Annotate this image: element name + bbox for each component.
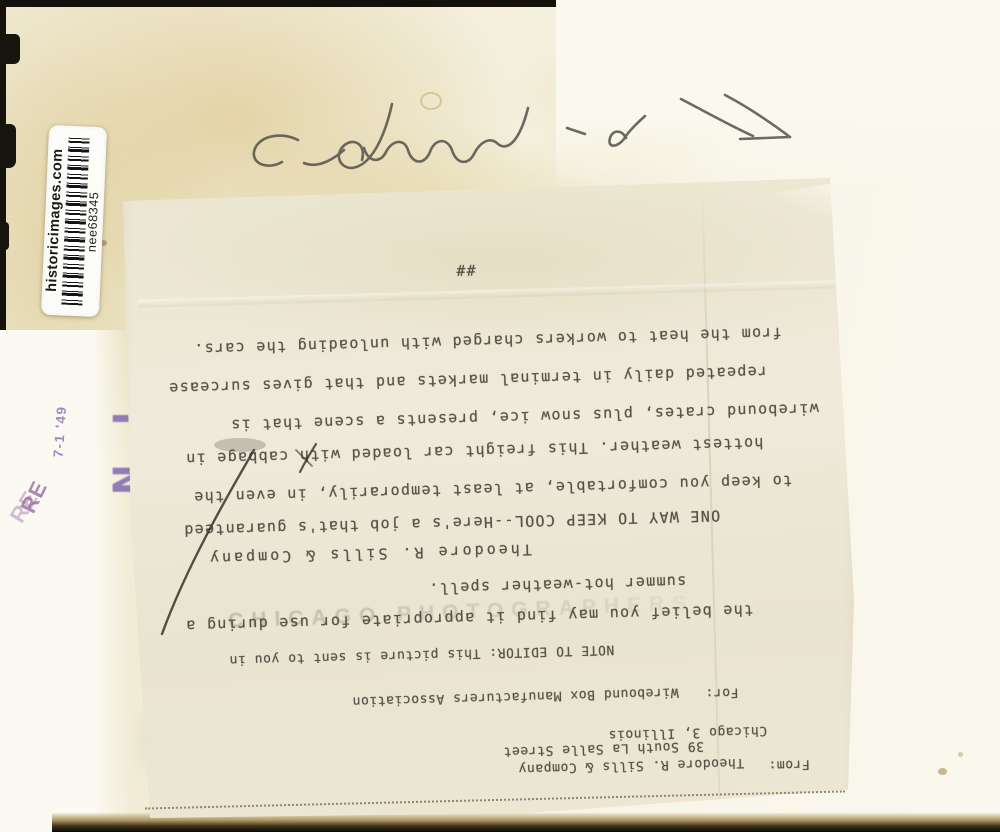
sheet-crease xyxy=(849,178,869,814)
barcode-sticker-content: historicimages.com nee68345 xyxy=(43,129,105,313)
sheet-crease xyxy=(138,280,838,308)
barcode-sticker: historicimages.com nee68345 xyxy=(41,125,107,317)
stain-spot xyxy=(958,752,963,757)
stain-ring xyxy=(420,92,442,110)
from-label: From: xyxy=(768,753,810,774)
stain-spot xyxy=(938,768,947,775)
photo-verso-scan: historicimages.com nee68345 N. L 7-1 '49… xyxy=(0,0,1000,832)
sheet-crease xyxy=(701,182,721,812)
scan-edge-top xyxy=(0,0,562,7)
for-label: For: xyxy=(705,682,739,703)
end-mark: ## xyxy=(455,260,476,281)
scan-edge-blob xyxy=(0,124,16,168)
scan-edge-blob xyxy=(0,222,9,250)
sticker-code-text: nee68345 xyxy=(86,191,102,252)
scan-edge-blob xyxy=(0,34,20,64)
paper-light-area xyxy=(556,0,1000,190)
